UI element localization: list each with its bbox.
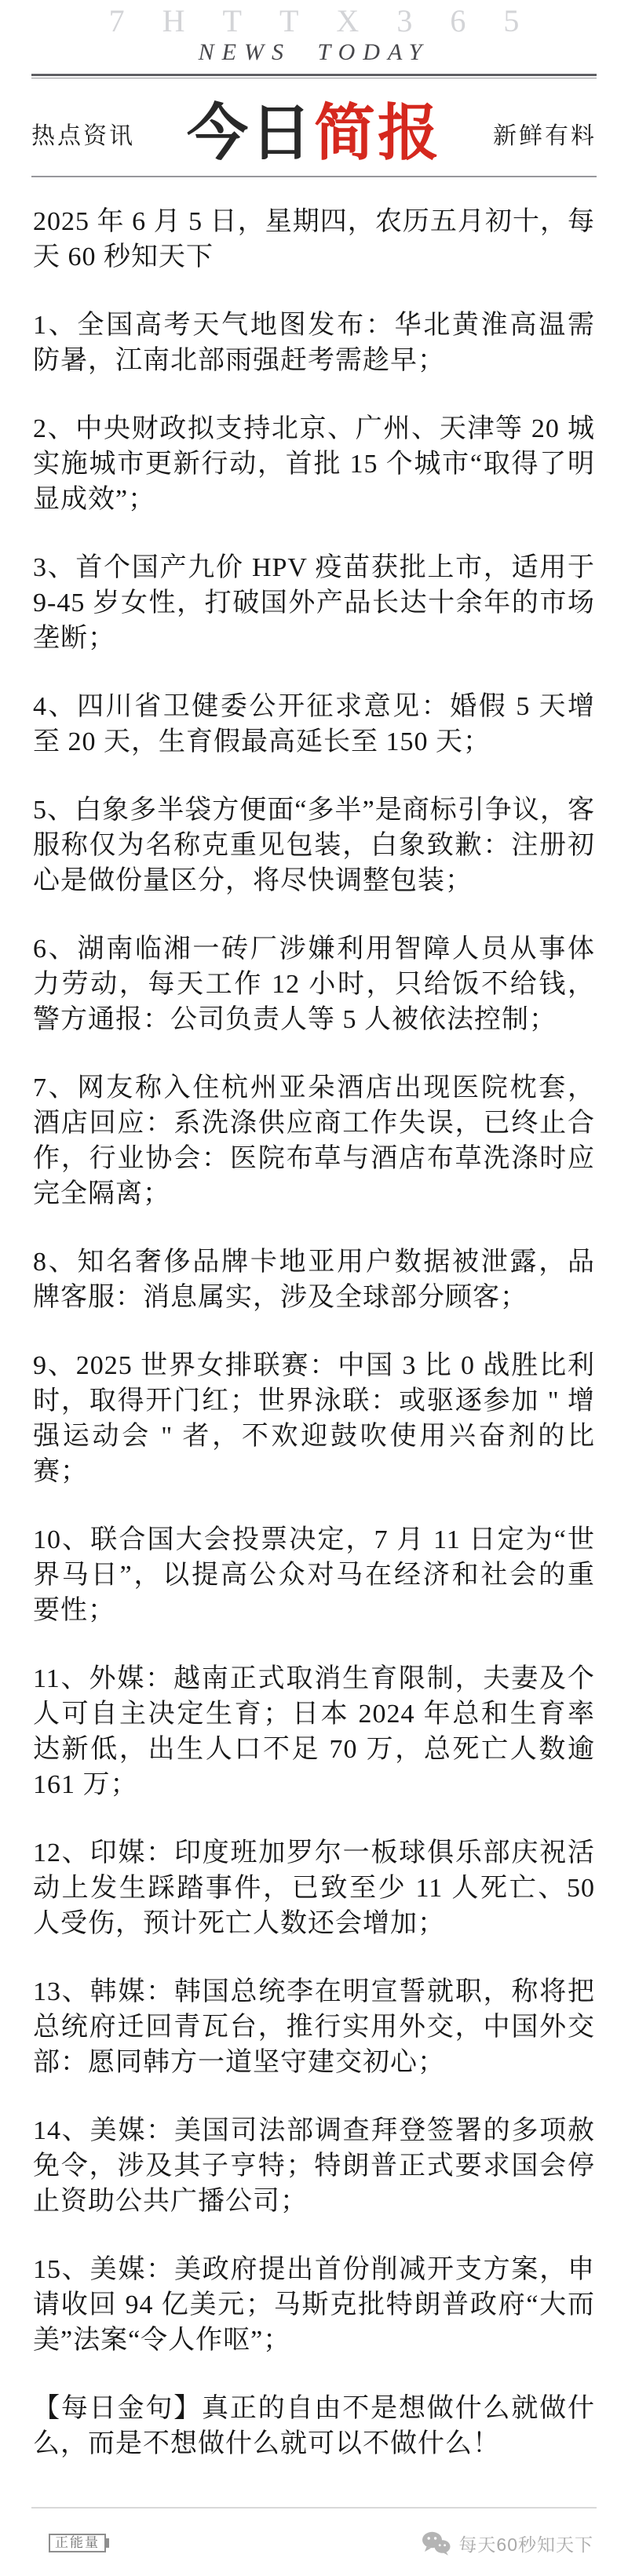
- news-item-6: 6、湖南临湘一砖厂涉嫌利用智障人员从事体力劳动，每天工作 12 小时，只给饭不给…: [33, 931, 595, 1037]
- page-title-red-part: 简报: [314, 99, 441, 167]
- daily-quote: 【每日金句】真正的自由不是想做什么就做什么，而是不想做什么就可以不做什么！: [33, 2391, 595, 2461]
- news-item-12: 12、印媒：印度班加罗尔一板球俱乐部庆祝活动上发生踩踏事件，已致至少 11 人死…: [33, 1835, 595, 1941]
- briefing-content: 2025 年 6 月 5 日，星期四，农历五月初十，每天 60 秒知天下 1、全…: [0, 177, 628, 2461]
- news-item-7: 7、网友称入住杭州亚朵酒店出现医院枕套，酒店回应：系洗涤供应商工作失误，已终止合…: [33, 1070, 595, 1211]
- wechat-account: 每天60秒知天下: [422, 2530, 593, 2556]
- news-item-10: 10、联合国大会投票决定，7 月 11 日定为“世界马日”，以提高公众对马在经济…: [33, 1522, 595, 1628]
- news-item-8: 8、知名奢侈品牌卡地亚用户数据被泄露，品牌客服：消息属实，涉及全球部分顾客；: [33, 1244, 595, 1315]
- news-briefing-page: 7HTTX365 NEWS TODAY 热点资讯 今日简报 新鲜有料 2025 …: [0, 0, 628, 2576]
- footer-divider: [31, 2507, 597, 2509]
- news-item-2: 2、中央财政拟支持北京、广州、天津等 20 城实施城市更新行动，首批 15 个城…: [33, 411, 595, 517]
- page-title: 今日简报: [187, 96, 441, 171]
- wechat-account-name: 每天60秒知天下: [458, 2530, 593, 2556]
- wechat-icon: [422, 2531, 451, 2556]
- date-line: 2025 年 6 月 5 日，星期四，农历五月初十，每天 60 秒知天下: [33, 204, 595, 275]
- brand-title-en: NEWS TODAY: [0, 38, 628, 67]
- news-item-11: 11、外媒：越南正式取消生育限制，夫妻及个人可自主决定生育；日本 2024 年总…: [33, 1661, 595, 1802]
- masthead: 热点资讯 今日简报 新鲜有料: [0, 96, 628, 171]
- double-rule-divider: [31, 74, 597, 78]
- news-item-14: 14、美媒：美国司法部调查拜登签署的多项赦免令，涉及其子亨特；特朗普正式要求国会…: [33, 2113, 595, 2219]
- news-item-4: 4、四川省卫健委公开征求意见：婚假 5 天增至 20 天，生育假最高延长至 15…: [33, 689, 595, 760]
- tagline-right: 新鲜有料: [493, 116, 597, 151]
- footer: 正能量 每天60秒知天下: [49, 2527, 593, 2559]
- news-item-1: 1、全国高考天气地图发布：华北黄淮高温需防暑，江南北部雨强赶考需趁早；: [33, 308, 595, 378]
- page-title-black-part: 今日: [187, 99, 314, 167]
- news-item-15: 15、美媒：美政府提出首份削减开支方案，申请收回 94 亿美元；马斯克批特朗普政…: [33, 2252, 595, 2358]
- news-item-13: 13、韩媒：韩国总统李在明宣誓就职，称将把总统府迁回青瓦台，推行实用外交，中国外…: [33, 1974, 595, 2080]
- news-item-5: 5、白象多半袋方便面“多半”是商标引争议，客服称仅为名称克重见包装，白象致歉：注…: [33, 792, 595, 898]
- news-item-9: 9、2025 世界女排联赛：中国 3 比 0 战胜比利时，取得开门红；世界泳联：…: [33, 1348, 595, 1489]
- ghost-watermark-text: 7HTTX365: [0, 5, 628, 38]
- positive-energy-badge: 正能量: [49, 2534, 106, 2552]
- news-item-3: 3、首个国产九价 HPV 疫苗获批上市，适用于 9-45 岁女性，打破国外产品长…: [33, 550, 595, 656]
- tagline-left: 热点资讯: [31, 116, 135, 151]
